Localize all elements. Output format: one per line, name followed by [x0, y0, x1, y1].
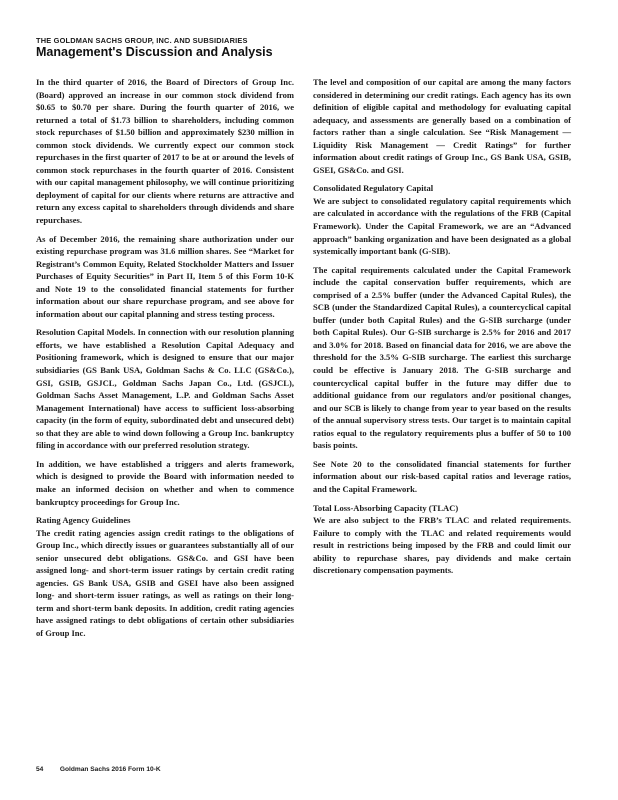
- paragraph-tlac: We are also subject to the FRB’s TLAC an…: [313, 514, 571, 577]
- paragraph-capital-composition: The level and composition of our capital…: [313, 76, 571, 176]
- paragraph-capital-framework: We are subject to consolidated regulator…: [313, 195, 571, 258]
- page-footer: 54 Goldman Sachs 2016 Form 10-K: [36, 766, 161, 773]
- section-title: Management's Discussion and Analysis: [36, 45, 336, 60]
- heading-tlac: Total Loss-Absorbing Capacity (TLAC): [313, 502, 571, 515]
- document-page: The Goldman Sachs Group, Inc. and Subsid…: [0, 0, 618, 800]
- paragraph-dividend: In the third quarter of 2016, the Board …: [36, 76, 294, 227]
- heading-rating-agency: Rating Agency Guidelines: [36, 514, 294, 527]
- right-column: The level and composition of our capital…: [313, 76, 571, 583]
- resolution-capital-lead: Resolution Capital Models.: [36, 327, 135, 337]
- paragraph-share-authorization: As of December 2016, the remaining share…: [36, 233, 294, 321]
- left-column: In the third quarter of 2016, the Board …: [36, 76, 294, 646]
- paragraph-rating-agency: The credit rating agencies assign credit…: [36, 527, 294, 640]
- document-name: Goldman Sachs 2016 Form 10-K: [60, 766, 161, 773]
- paragraph-capital-requirements: The capital requirements calculated unde…: [313, 264, 571, 452]
- heading-consolidated-capital: Consolidated Regulatory Capital: [313, 182, 571, 195]
- paragraph-resolution-capital: Resolution Capital Models. In connection…: [36, 326, 294, 451]
- resolution-capital-body: In connection with our resolution planni…: [36, 327, 294, 450]
- paragraph-note-reference: See Note 20 to the consolidated financia…: [313, 458, 571, 496]
- page-header: The Goldman Sachs Group, Inc. and Subsid…: [36, 36, 336, 60]
- page-number: 54: [36, 766, 58, 773]
- paragraph-triggers-alerts: In addition, we have established a trigg…: [36, 458, 294, 508]
- company-name: The Goldman Sachs Group, Inc. and Subsid…: [36, 36, 336, 45]
